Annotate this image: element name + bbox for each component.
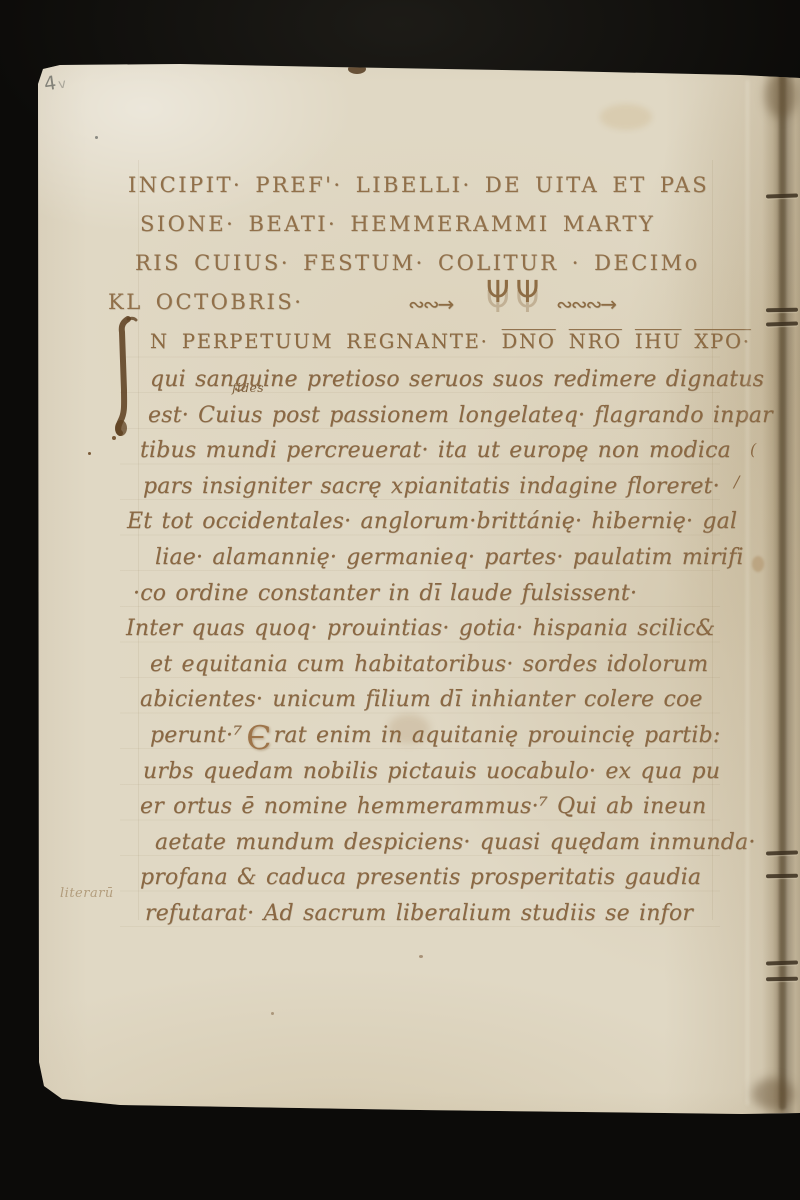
- gutter-smudge: [752, 1078, 794, 1110]
- body-line: abicientes· unicum filium dī inhianter c…: [140, 682, 750, 718]
- ink-smear: [388, 714, 430, 744]
- erat-pre-text: perunt·⁷: [150, 723, 242, 748]
- pencil-folio-number: 4v: [43, 71, 68, 96]
- nomen-sacrum: IHU: [635, 330, 682, 353]
- body-line: refutarat· Ad sacrum liberalium studiis …: [145, 896, 750, 932]
- body-line: qui sanguine pretioso seruos suos redime…: [150, 362, 750, 398]
- squiggle-flourish-icon: ∾∾∾→: [556, 285, 615, 324]
- sewing-stitch: [766, 308, 798, 313]
- body-line: aetate mundum despiciens· quasi quędam i…: [155, 825, 750, 861]
- gutter-smudge: [765, 72, 797, 118]
- binding-gutter-fold: [779, 70, 786, 1110]
- body-line: pars insigniter sacrę xpianitatis indagi…: [143, 469, 750, 505]
- incipit-line: INCIPIT· PREF'· LIBELLI· DE UITA ET PAS: [128, 166, 728, 205]
- nomen-sacrum: DNO: [502, 330, 556, 353]
- ink-speck: [271, 1012, 274, 1015]
- body-line: est· Cuius post passionem longelateq· fl…: [148, 398, 750, 434]
- fleuron-flourish-icon: ΨΨ: [486, 273, 545, 312]
- main-text-block: N PERPETUUM REGNANTE· DNO NRO IHU XPO· q…: [150, 322, 750, 932]
- margin-correction-mark: (: [750, 440, 756, 459]
- small-stain: [752, 556, 764, 572]
- manuscript-page: 4v INCIPIT· PREF'· LIBELLI· DE UITA ET P…: [0, 0, 800, 1200]
- body-line: tibus mundi percreuerat· ita ut europę n…: [140, 433, 750, 469]
- body-line: liae· alamannię· germanieq· partes· paul…: [155, 540, 750, 576]
- body-line: ·co ordine constanter in dī laude fulsis…: [133, 576, 750, 612]
- body-line: Et tot occidentales· anglorum·brittánię·…: [127, 504, 750, 540]
- body-line: profana & caduca presentis prosperitatis…: [140, 860, 750, 896]
- incipit-rubric: INCIPIT· PREF'· LIBELLI· DE UITA ET PAS …: [128, 166, 728, 322]
- body-line-erat: perunt·⁷Єrat enim in aquitanię prouincię…: [150, 718, 750, 754]
- pencil-speck: [95, 136, 98, 139]
- margin-gloss: literarū: [60, 886, 114, 901]
- erat-rest-text: rat enim in aquitanię prouincię partib:: [274, 723, 721, 748]
- sewing-stitch: [766, 874, 798, 879]
- opening-caps-text: N PERPETUUM REGNANTE·: [150, 330, 489, 353]
- squiggle-flourish-icon: ∾∾→: [408, 285, 452, 324]
- discoloration-stain: [600, 104, 652, 130]
- page-fold-highlight: [746, 80, 749, 1105]
- body-opening-caps: N PERPETUUM REGNANTE· DNO NRO IHU XPO·: [150, 322, 750, 362]
- sewing-stitch: [766, 977, 798, 982]
- body-line: er ortus ē nomine hemmerammus·⁷ Qui ab i…: [140, 789, 750, 825]
- body-line: Inter quas quoq· prouintias· gotia· hisp…: [126, 611, 750, 647]
- incipit-line: RIS CUIUS· FESTUM· COLITUR · DECIMo: [135, 244, 728, 283]
- ink-speck: [112, 436, 116, 440]
- initial-e: Є: [246, 718, 271, 757]
- body-line: urbs quedam nobilis pictauis uocabulo· e…: [143, 754, 750, 790]
- incipit-line: KL OCTOBRIS· ∾∾→ ΨΨ ∾∾∾→: [108, 283, 728, 322]
- body-line: et equitania cum habitatoribus· sordes i…: [150, 647, 750, 683]
- ink-speck: [88, 452, 91, 455]
- nomen-sacrum: NRO: [569, 330, 622, 353]
- incipit-line-text: KL OCTOBRIS·: [108, 290, 303, 314]
- incipit-line: SIONE· BEATI· HEMMERAMMI MARTY: [140, 205, 728, 244]
- folio-number: 4: [43, 72, 58, 95]
- folio-mark: v: [57, 77, 67, 93]
- ink-speck: [419, 955, 423, 958]
- large-initial-i: [112, 316, 140, 438]
- nomen-sacrum: XPO·: [694, 330, 750, 353]
